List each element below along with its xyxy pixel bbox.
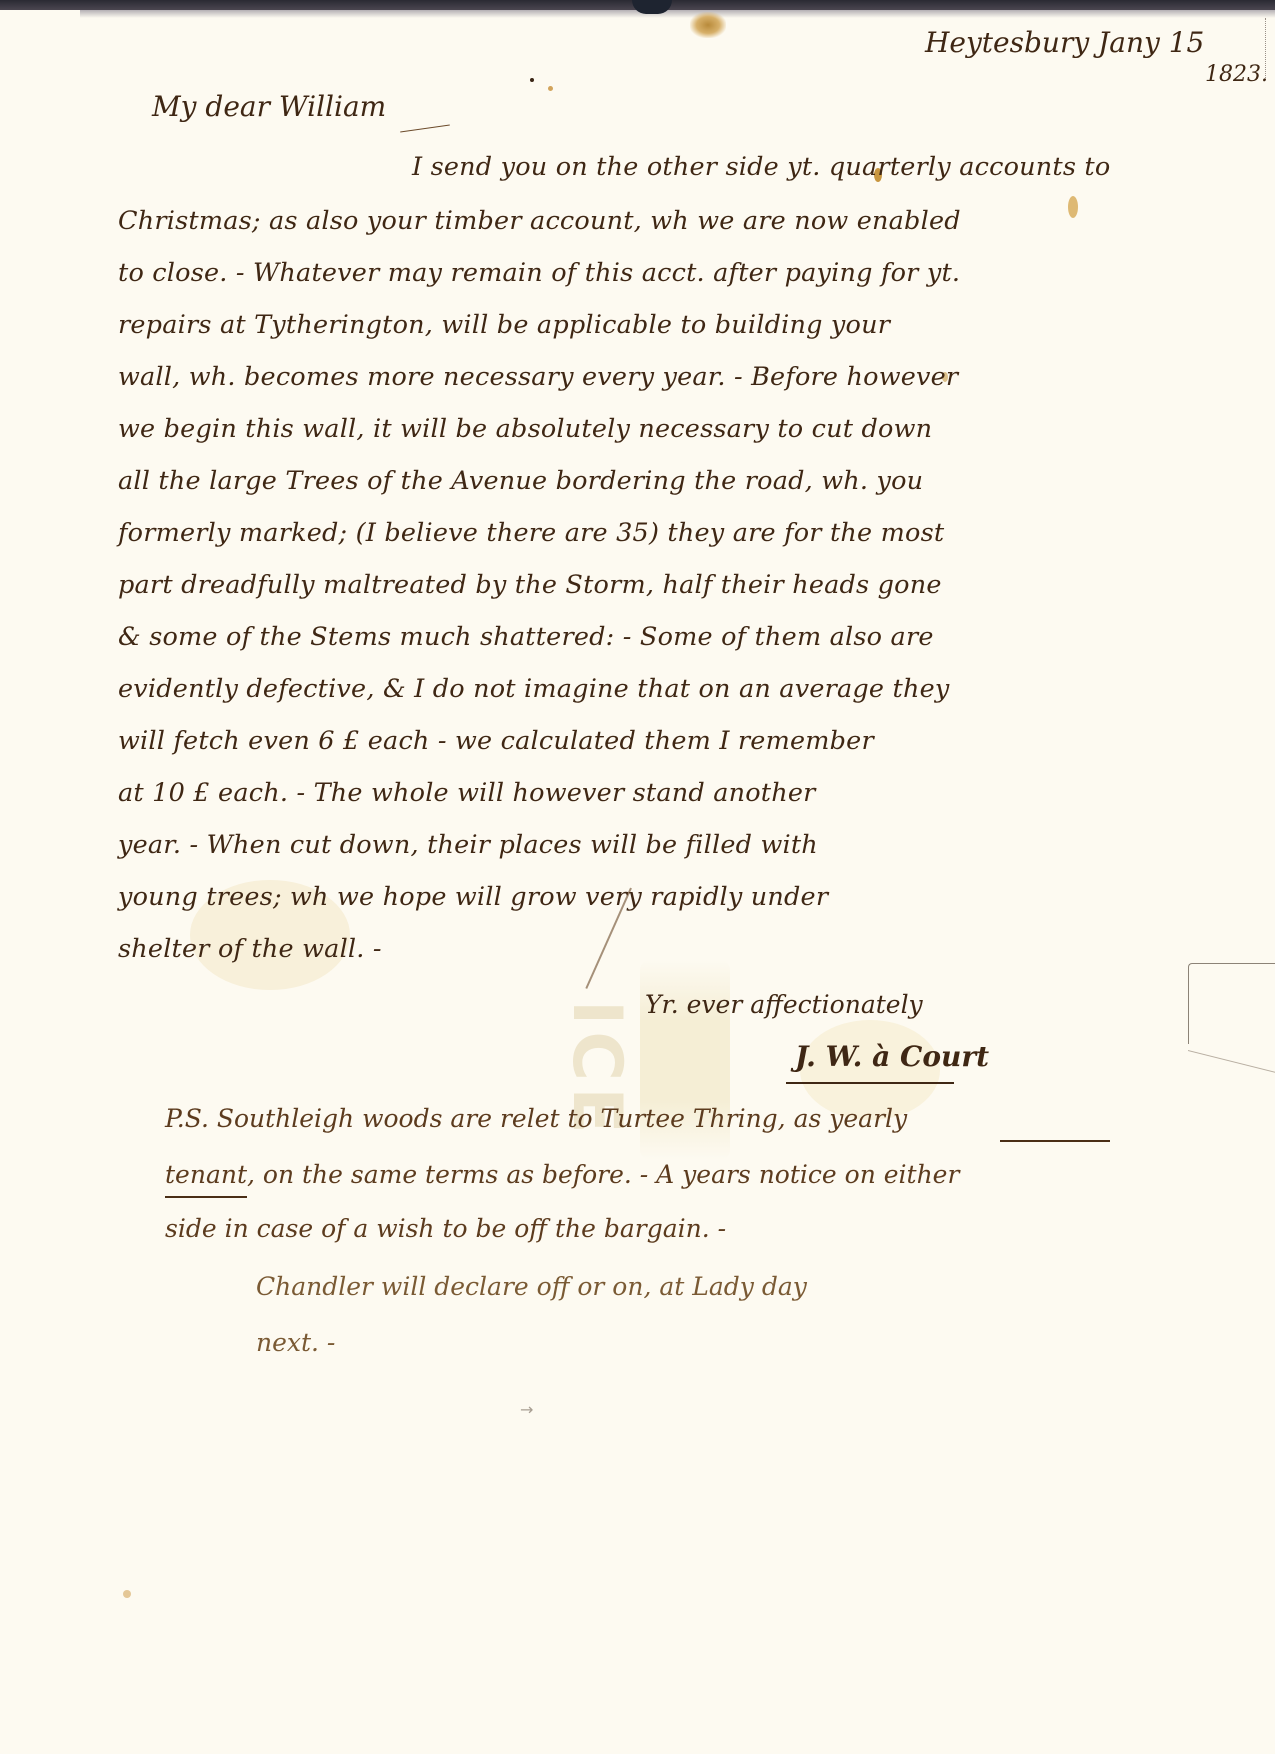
body-line: we begin this wall, it will be absolutel… [118, 414, 932, 444]
body-line: at 10 £ each. - The whole will however s… [118, 778, 816, 808]
postscript-line: next. - [256, 1328, 335, 1357]
body-line: to close. - Whatever may remain of this … [118, 258, 960, 288]
body-line: young trees; wh we hope will grow very r… [118, 882, 828, 912]
postscript-line: P.S. Southleigh woods are relet to Turte… [165, 1104, 907, 1133]
salutation: My dear William [152, 90, 386, 123]
body-line: repairs at Tytherington, will be applica… [118, 310, 890, 340]
signature: J. W. à Court [795, 1040, 989, 1073]
foxing-spot [123, 1590, 131, 1598]
body-line: evidently defective, & I do not imagine … [118, 674, 950, 704]
foxing-spot [1068, 196, 1078, 218]
postscript-line: Chandler will declare off or on, at Lady… [256, 1272, 807, 1301]
body-line: I send you on the other side yt. quarter… [412, 152, 1110, 182]
salutation-flourish [400, 125, 450, 133]
signature-underline [786, 1082, 954, 1084]
postscript-text: P.S. Southleigh woods are relet to Turte… [165, 1104, 907, 1133]
yearly-underline [1000, 1140, 1110, 1142]
pencil-arrow-mark: → [520, 1400, 533, 1419]
body-line: part dreadfully maltreated by the Storm,… [118, 570, 942, 600]
letter-year: 1823. [1205, 62, 1268, 87]
foxing-spot [548, 86, 553, 91]
tenant-underline [165, 1196, 247, 1198]
body-line: & some of the Stems much shattered: - So… [118, 622, 934, 652]
ink-spot [530, 78, 534, 82]
body-line: shelter of the wall. - [118, 934, 382, 964]
body-line: Christmas; as also your timber account, … [118, 206, 961, 236]
scanner-shadow [80, 10, 1275, 18]
body-line: wall, wh. becomes more necessary every y… [118, 362, 958, 392]
body-line: year. - When cut down, their places will… [118, 830, 818, 860]
body-line: will fetch even 6 £ each - we calculated… [118, 726, 874, 756]
body-line: all the large Trees of the Avenue border… [118, 466, 923, 496]
postscript-line: side in case of a wish to be off the bar… [165, 1214, 726, 1243]
wax-stain [690, 12, 726, 38]
postscript-line: tenant, on the same terms as before. - A… [165, 1160, 959, 1189]
place-date: Heytesbury Jany 15 [925, 26, 1204, 59]
closing: Yr. ever affectionately [645, 990, 923, 1019]
body-line: formerly marked; (I believe there are 35… [118, 518, 944, 548]
